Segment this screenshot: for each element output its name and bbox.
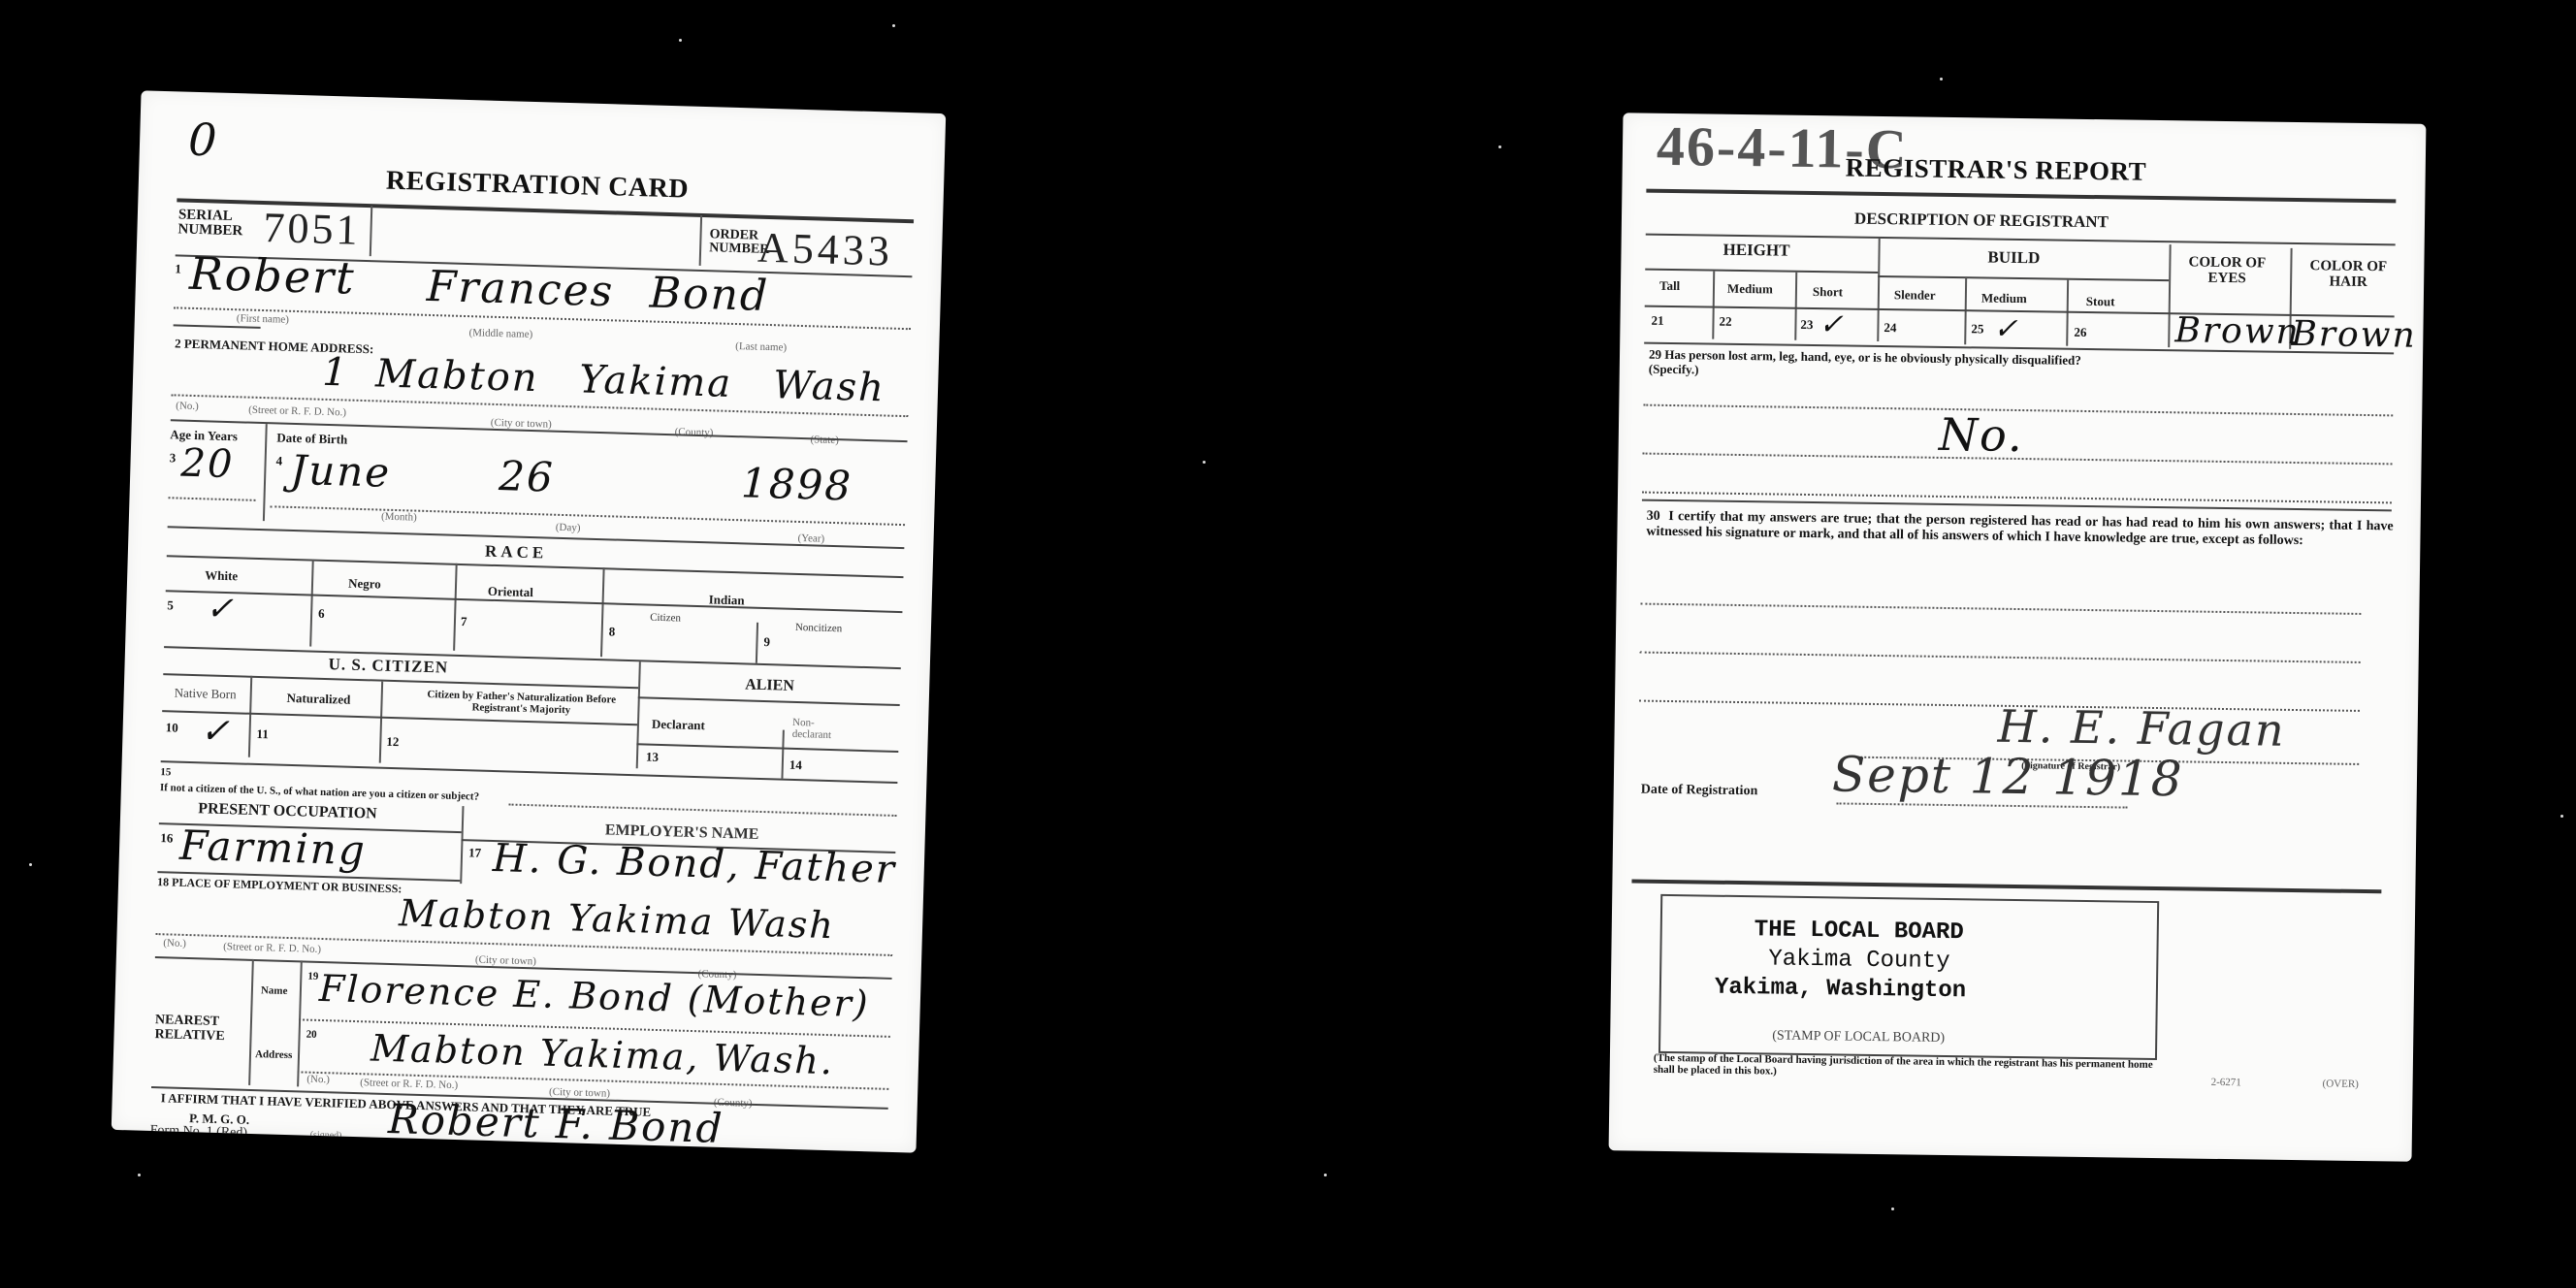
height-column-header: Short	[1813, 284, 1843, 300]
dob-month: June	[290, 446, 392, 497]
registrar-signature: H. E. Fagan	[1997, 700, 2286, 757]
background-speck	[2560, 815, 2563, 818]
report-title: REGISTRAR'S REPORT	[1846, 152, 2147, 186]
card-title: REGISTRATION CARD	[386, 166, 690, 206]
field-number: 11	[256, 726, 269, 742]
first-name: Robert	[188, 247, 356, 305]
background-speck	[1498, 145, 1501, 148]
field-29-answer: No.	[1939, 408, 2025, 462]
alien-title: ALIEN	[745, 676, 794, 694]
caption: (No.)	[163, 937, 186, 950]
field-number: 9	[763, 634, 770, 650]
home-address-no: 1	[322, 350, 350, 396]
field-number: 7	[461, 614, 467, 629]
description-title: DESCRIPTION OF REGISTRANT	[1854, 209, 2109, 233]
race-subheader: Citizen	[650, 612, 681, 625]
dob-year: 1898	[741, 459, 853, 509]
height-column-header: Medium	[1727, 281, 1773, 298]
field-number: 12	[386, 734, 399, 750]
background-speck	[1891, 1207, 1894, 1210]
caption: (Last name)	[735, 340, 787, 354]
middle-name: Frances	[426, 262, 615, 317]
field-number: 4	[275, 453, 282, 468]
corner-mark: 0	[187, 113, 219, 167]
caption: (Day)	[556, 522, 581, 534]
relative-name-label: Name	[261, 984, 288, 997]
caption: (Middle name)	[468, 327, 532, 340]
field-number: 29	[1649, 347, 1661, 362]
background-speck	[29, 863, 32, 866]
field-number: 17	[468, 845, 481, 860]
caption: (No.)	[306, 1074, 330, 1086]
caption: (Month)	[381, 511, 417, 524]
registrars-report-card: 46-4-11-C REGISTRAR'S REPORT DESCRIPTION…	[1609, 113, 2427, 1161]
print-code: 2-6271	[2211, 1077, 2241, 1088]
nearest-relative-label: NEAREST RELATIVE	[154, 1013, 242, 1045]
citizen-column-header: Citizen by Father's Naturalization Befor…	[414, 689, 628, 718]
field-number: 1	[175, 261, 181, 276]
relative-address-label: Address	[255, 1048, 293, 1061]
stamp-caption: (STAMP OF LOCAL BOARD)	[1772, 1029, 1945, 1046]
us-citizen-title: U. S. CITIZEN	[328, 655, 448, 678]
field-number: 14	[789, 757, 802, 773]
race-subheader: Noncitizen	[795, 622, 843, 634]
age-value: 20	[180, 441, 235, 488]
home-address-state: Wash	[772, 363, 885, 410]
form-code: (signed)	[310, 1130, 342, 1142]
field-number: 6	[318, 606, 325, 622]
employment-place-value: Mabton Yakima Wash	[399, 891, 836, 947]
date-label: Date of Registration	[1641, 783, 1758, 800]
form-number: Form No. 1 (Red)	[149, 1123, 247, 1142]
race-column-header: Negro	[348, 576, 381, 593]
hair-label: COLOR OF HAIR	[2304, 258, 2392, 290]
field-number: 16	[160, 830, 173, 846]
caption: (Year)	[797, 532, 824, 545]
field-number: 10	[165, 720, 177, 735]
field-number: 5	[167, 597, 174, 613]
race-column-header: White	[205, 567, 238, 584]
native-born-mark: ✓	[200, 711, 232, 752]
dob-label: Date of Birth	[276, 430, 347, 447]
field-number: 3	[169, 450, 176, 466]
background-speck	[1203, 461, 1206, 464]
occupation-value: Farming	[179, 821, 368, 875]
background-speck	[1324, 1174, 1327, 1176]
stamp-line: THE LOCAL BOARD	[1755, 917, 1964, 946]
build-column-header: Medium	[1981, 290, 2027, 306]
corner-code: (OVER)	[2323, 1078, 2359, 1090]
field-number: 8	[609, 624, 616, 639]
field-number: 26	[2074, 325, 2086, 340]
alien-column-header: Declarant	[652, 717, 705, 734]
field-number: 22	[1719, 314, 1731, 330]
eye-color-value: Brown	[2174, 310, 2301, 352]
signature-caption: (Registrant's signature or mark)	[460, 1142, 594, 1153]
background-speck	[1940, 78, 1943, 80]
race-title: RACE	[485, 542, 548, 563]
registration-date: Sept 12 1918	[1832, 746, 2184, 807]
field-number: 15	[160, 766, 171, 778]
last-name: Bond	[649, 268, 770, 321]
background-speck	[679, 39, 682, 42]
home-address-county: Yakima	[579, 357, 733, 406]
field-number: 20	[306, 1029, 316, 1041]
background-speck	[892, 24, 895, 27]
build-title: BUILD	[1987, 248, 2040, 269]
field-29-question: Has person lost arm, leg, hand, eye, or …	[1664, 347, 2081, 368]
field-number: 30	[1647, 509, 1660, 524]
order-number: A5433	[757, 223, 893, 276]
dob-day: 26	[499, 452, 556, 501]
field-30-text: 30 I certify that my answers are true; t…	[1646, 509, 2393, 551]
build-column-header: Stout	[2086, 294, 2115, 309]
field-15-label: If not a citizen of the U. S., of what n…	[160, 782, 479, 802]
field-number: 13	[646, 750, 659, 765]
occupation-label: PRESENT OCCUPATION	[198, 800, 377, 822]
caption: (First name)	[237, 312, 289, 326]
registrant-signature: Robert F. Bond	[387, 1095, 724, 1152]
field-number: 23	[1800, 317, 1813, 333]
height-short-mark: ✓	[1819, 307, 1846, 341]
field-number: 19	[307, 971, 318, 982]
registration-card: 0 REGISTRATION CARD SERIAL NUMBER 7051 O…	[112, 90, 947, 1152]
stamp-line: Yakima County	[1768, 946, 1950, 975]
field-number: 25	[1971, 321, 1983, 337]
caption: (Street or R. F. D. No.)	[360, 1077, 458, 1091]
stamp-line: Yakima, Washington	[1715, 975, 1967, 1005]
height-title: HEIGHT	[1723, 241, 1789, 261]
eyes-label: COLOR OF EYES	[2183, 254, 2270, 286]
field-29-label: 29 Has person lost arm, leg, hand, eye, …	[1649, 346, 2081, 370]
employer-value: H. G. Bond, Father	[492, 836, 896, 892]
local-board-stamp-box: THE LOCAL BOARD Yakima County Yakima, Wa…	[1658, 894, 2159, 1060]
field-number: 24	[1884, 320, 1896, 336]
field-30-certification: I certify that my answers are true; that…	[1646, 509, 2393, 548]
caption: (County)	[675, 426, 714, 438]
serial-number: 7051	[263, 203, 361, 255]
field-number: 21	[1651, 313, 1663, 329]
build-column-header: Slender	[1894, 287, 1936, 304]
height-column-header: Tall	[1659, 278, 1680, 294]
build-medium-mark: ✓	[1993, 312, 2020, 346]
hair-color-value: Brown	[2291, 314, 2417, 356]
race-column-header: Oriental	[488, 584, 533, 600]
caption: (Street or R. F. D. No.)	[248, 404, 346, 419]
alien-column-header: Non-declarant	[792, 717, 852, 742]
home-address-city: Mabton	[375, 351, 540, 401]
serial-number-label: SERIAL NUMBER	[177, 208, 256, 239]
citizen-column-header: Native Born	[175, 686, 237, 703]
caption: (Street or R. F. D. No.)	[223, 941, 321, 955]
citizen-column-header: Naturalized	[286, 691, 350, 708]
field-29-specify: (Specify.)	[1649, 362, 1699, 378]
race-white-mark: ✓	[206, 589, 237, 628]
caption: (No.)	[176, 400, 199, 412]
background-speck	[138, 1174, 141, 1176]
